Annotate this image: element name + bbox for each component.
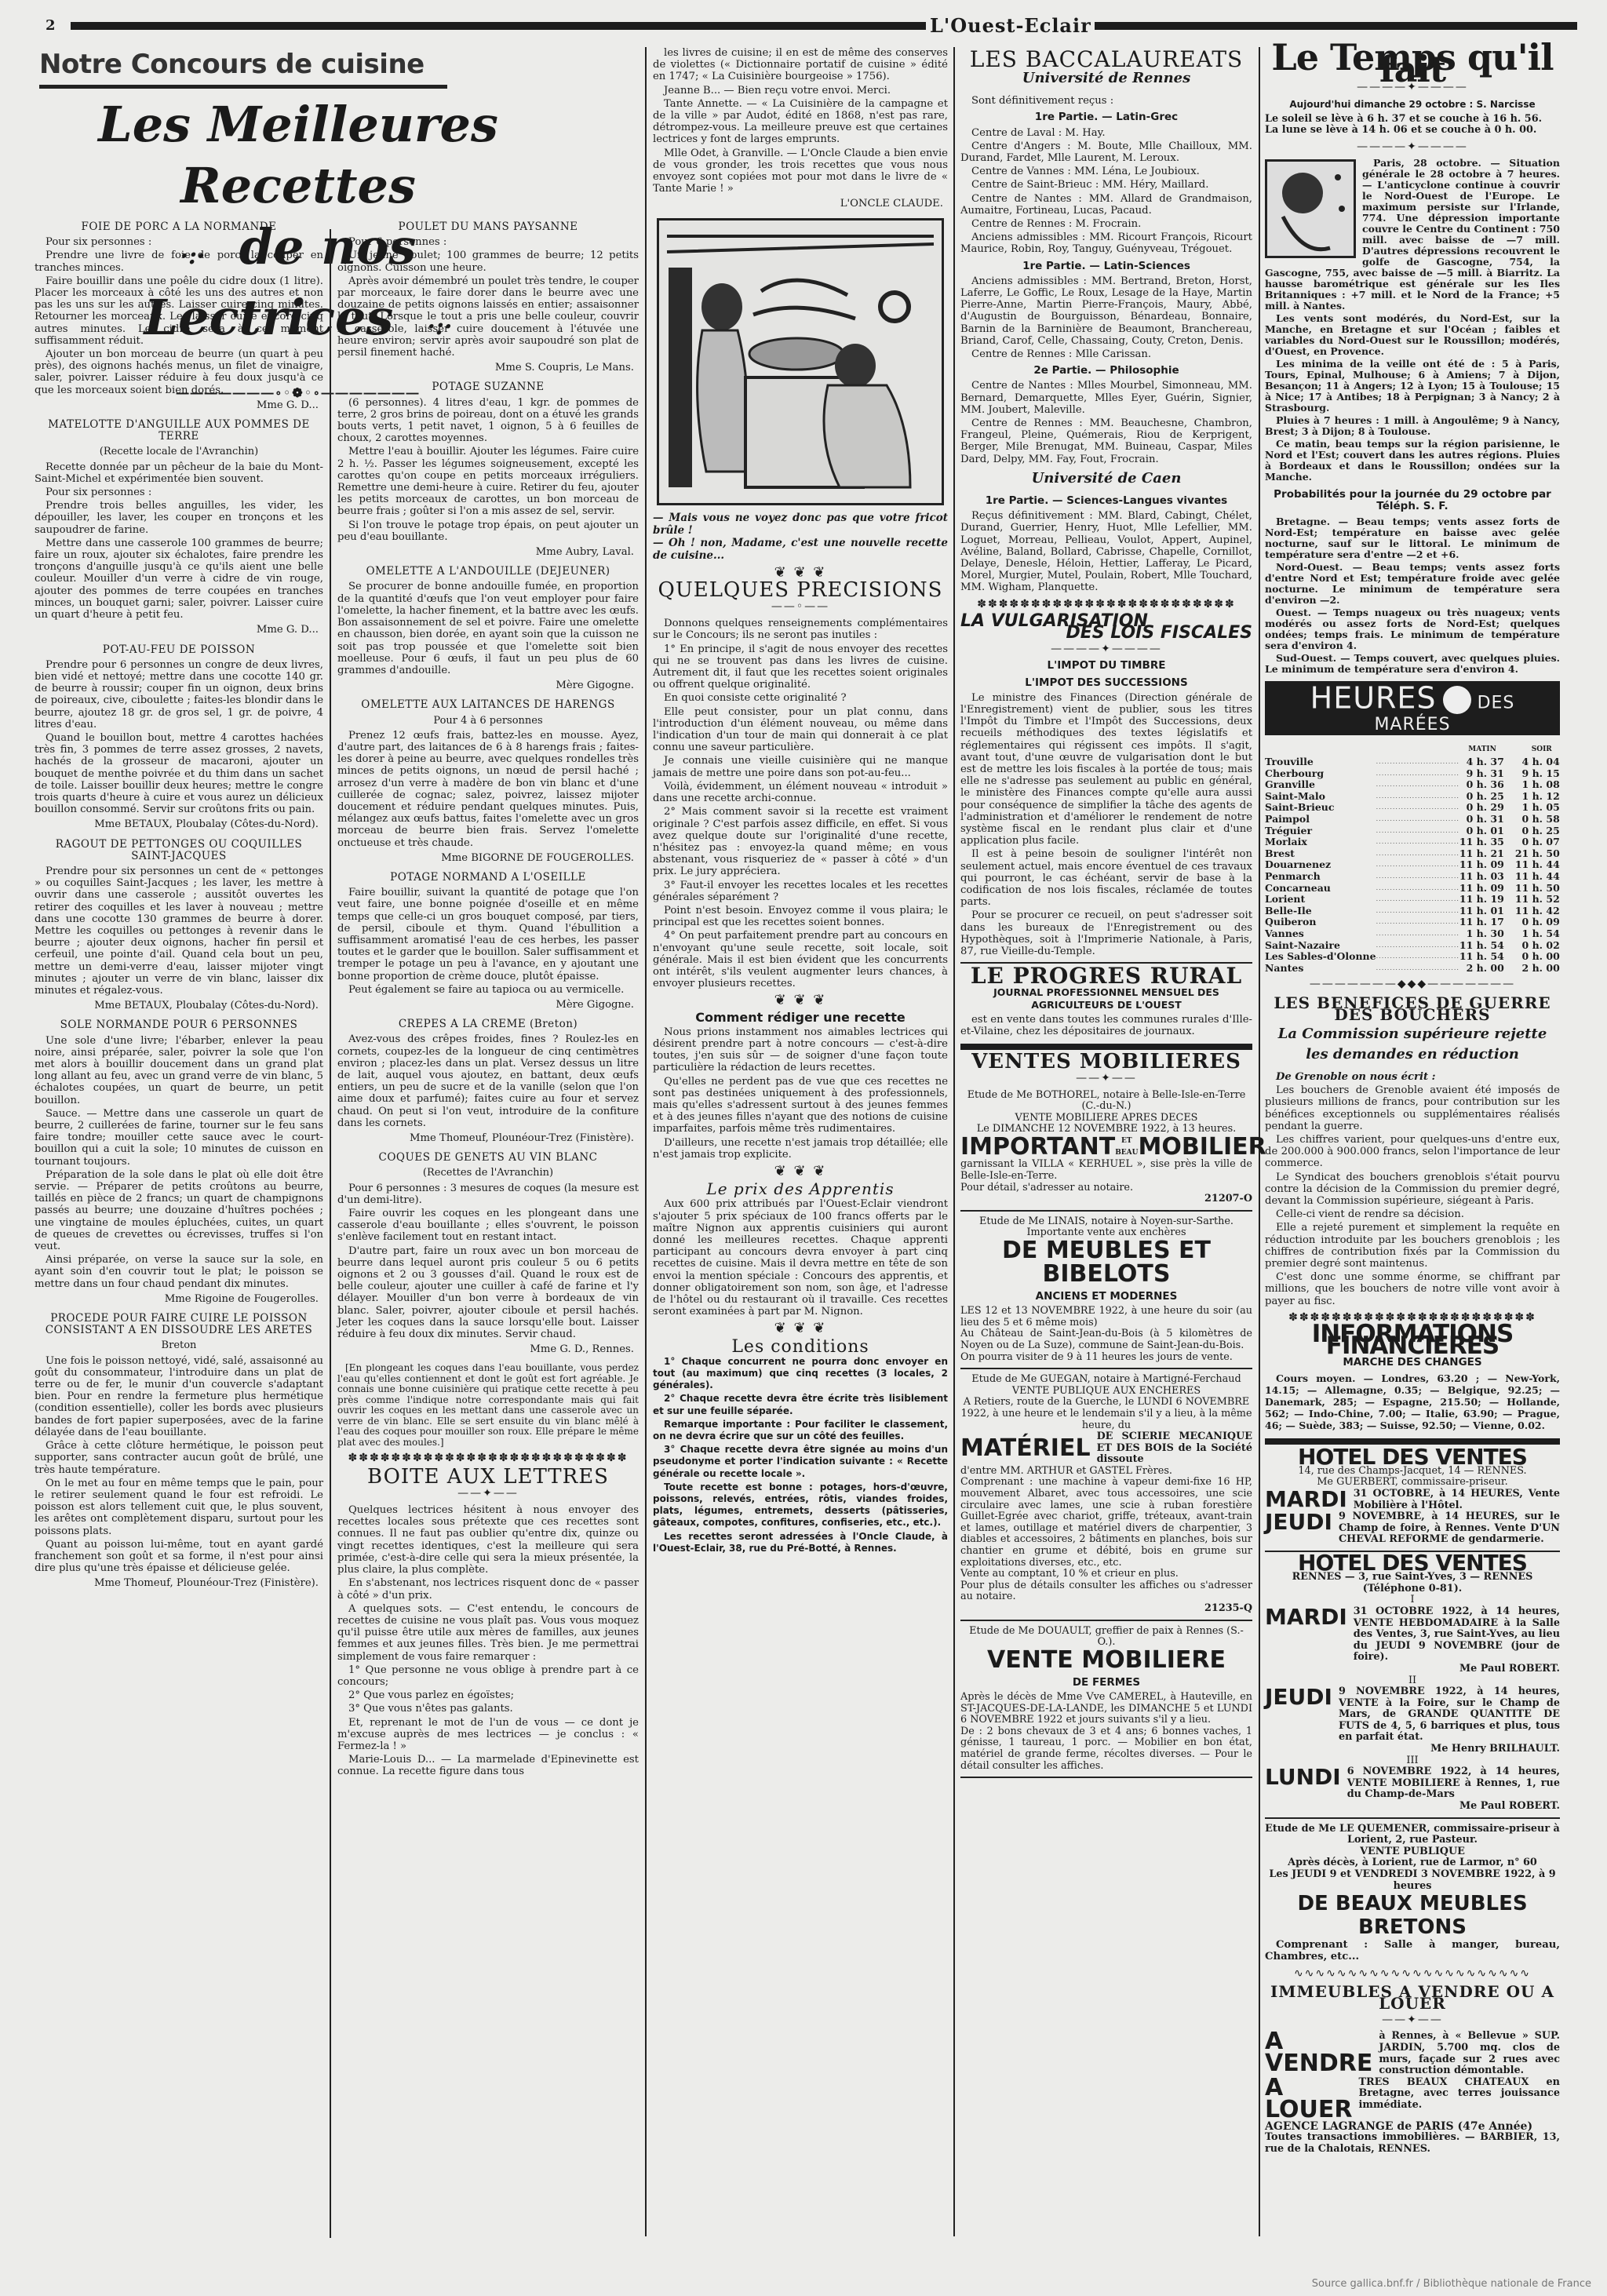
masthead: L'Ouest-Eclair [930,14,1091,37]
headline-side: DE SCIERIE MECANIQUE ET DES BOIS de la S… [1097,1431,1252,1466]
tide-port: Saint-Brieuc [1265,802,1376,814]
sale-day: MARDI [1265,1606,1347,1628]
tide-row: Belle-Ile..............................1… [1265,906,1571,917]
divider [1265,1817,1560,1819]
tide-matin: 4 h. 37 [1459,756,1515,768]
mailbox-title: BOITE AUX LETTRES [337,1471,639,1483]
th-matin: MATIN [1459,743,1515,756]
sale-signature: Me Henry BRILHAULT. [1265,1744,1560,1755]
date-line: Aujourd'hui dimanche 29 octobre : S. Nar… [1265,99,1560,111]
recipe-title: OMELETTE AUX LAITANCES DE HARENGS [337,699,639,711]
tide-matin: 11 h. 17 [1459,917,1515,928]
ad-line: De : 2 bons chevaux de 3 et 4 ans; 6 bon… [960,1726,1252,1772]
forecast-line: Bretagne. — Beau temps; vents assez fort… [1265,516,1560,560]
wavy-divider: ∿∿∿∿∿∿∿∿∿∿∿∿∿∿∿∿∿∿∿∿∿∿ [1265,1968,1560,1980]
paragraph: Centre de Vannes : MM. Léna, Le Joubioux… [960,166,1252,177]
fiscal-subtitle: L'IMPOT DES SUCCESSIONS [960,677,1252,689]
column-1-recipes: FOIE DE PORC A LA NORMANDEPour six perso… [35,213,323,1598]
bouchers-subtitle: La Commission supérieure rejette les dem… [1265,1024,1560,1065]
paragraph: Grâce à cette clôture hermétique, le poi… [35,1440,323,1476]
leader-dots: .............................. [1376,906,1459,917]
paragraph: Pluies à 7 heures : 1 mill. à Angoulême;… [1265,415,1560,437]
paragraph: (6 personnes). 4 litres d'eau, 1 kgr. de… [337,397,639,445]
paragraph: Jeanne B... — Bien reçu votre envoi. Mer… [653,85,948,97]
paragraph: Voilà, évidemment, un élément nouveau « … [653,781,948,804]
recipe-signature: Mme BETAUX, Ploubalay (Côtes-du-Nord). [35,818,319,830]
editor-note: [En plongeant les coques dans l'eau boui… [337,1363,639,1448]
th-dots [1376,743,1459,756]
tide-soir: 1 h. 05 [1515,802,1571,814]
sale-ad: Etude de Me LINAIS, notaire à Noyen-sur-… [960,1216,1252,1363]
kitchen-cartoon-icon [659,220,942,503]
paragraph: Sont définitivement reçus : [960,95,1252,107]
paragraph: Reçus définitivement : MM. Blard, Cabing… [960,510,1252,593]
finance-title: INFORMATIONS FINANCIERES [1265,1328,1560,1352]
ad-line: garnissant la VILLA « KERHUEL », sise pr… [960,1159,1252,1182]
hotel-address: RENNES — 3, rue Saint-Yves, 3 — RENNES [1265,1572,1560,1584]
property-text: à Rennes, à « Bellevue » SUP. JARDIN, 5.… [1379,2031,1560,2076]
recipe-title: CREPES A LA CREME (Breton) [337,1019,639,1030]
tide-soir: 0 h. 00 [1515,951,1571,963]
recipe-signature: Mme BIGORNE DE FOUGEROLLES. [337,852,634,864]
sale-ad: Etude de Me GUEGAN, notaire à Martigné-F… [960,1374,1252,1614]
ad-line: Etude de Me DOUAULT, greffier de paix à … [960,1626,1252,1649]
hotel-address: 14, rue des Champs-Jacquet, 14 — RENNES. [1265,1466,1560,1478]
ad-line: Etude de Me GUEGAN, notaire à Martigné-F… [960,1374,1252,1386]
paragraph: Qu'elles ne perdent pas de vue que ces r… [653,1076,948,1135]
recipe-title: POTAGE NORMAND A L'OSEILLE [337,872,639,884]
recipe-subtitle: Pour 4 à 6 personnes [337,715,639,727]
tide-soir: 11 h. 52 [1515,894,1571,906]
paragraph: Quelques lectrices hésitent à nous envoy… [337,1504,639,1576]
paragraph: Recette donnée par un pêcheur de la baie… [35,461,323,485]
ornament-divider: ❦ ❦ ❦ [653,1322,948,1334]
paragraph: Celle-ci vient de rendre sa décision. [1265,1208,1560,1220]
tide-matin: 0 h. 01 [1459,825,1515,837]
ornament-divider: ———————◆◆◆——————— [1265,979,1560,990]
tide-row: Saint-Brieuc............................… [1265,802,1571,814]
paragraph: 3° Chaque recette devra être signée au m… [653,1444,948,1480]
paragraph: Ce matin, beau temps sur la région paris… [1265,439,1560,483]
tide-row: Morlaix..............................11 … [1265,836,1571,848]
tide-matin: 0 h. 25 [1459,791,1515,803]
tide-row: Granville..............................0… [1265,779,1571,791]
headline: MATÉRIEL [960,1437,1091,1460]
recipe-signature: Mme Aubry, Laval. [337,546,634,558]
weather-illustration [1265,159,1356,258]
headline-left: IMPORTANT [960,1135,1115,1159]
recipe-signature: Mme Thomeuf, Plounéour-Trez (Finistère). [35,1577,319,1589]
paragraph: Si l'on trouve le potage trop épais, on … [337,519,639,543]
ad-line: VENTE MOBILIERE APRES DECES [960,1113,1252,1124]
recipe-signature: Mme Thomeuf, Plounéour-Trez (Finistère). [337,1132,634,1144]
ventes-title: VENTES MOBILIERES [960,1056,1252,1068]
top-rule [39,20,1577,31]
subsection-heading: 2e Partie. — Philosophie [960,365,1252,377]
paragraph: Mettre l'eau à bouillir. Ajouter les lég… [337,446,639,517]
sale-text: 9 NOVEMBRE 1922, à 14 heures, VENTE à la… [1339,1686,1560,1744]
paragraph: Tante Annette. — « La Cuisinière de la c… [653,98,948,146]
ad-line: d'entre MM. ARTHUR et GASTEL Frères. [960,1466,1252,1478]
recipe-title: POT-AU-FEU DE POISSON [35,644,323,656]
tide-port: Douarnenez [1265,859,1376,871]
tide-port: Penmarch [1265,871,1376,883]
lorient-headline: DE BEAUX MEUBLES BRETONS [1265,1892,1560,1939]
tide-row: Penmarch..............................11… [1265,871,1571,883]
paragraph: Anciens admissibles : MM. Bertrand, Bret… [960,275,1252,347]
leader-dots: .............................. [1376,756,1459,768]
leader-dots: .............................. [1376,883,1459,895]
ad-line: Vente au comptant, 10 % et crieur en plu… [960,1569,1252,1580]
paragraph: Remarque importante : Pour faciliter le … [653,1419,948,1442]
tide-matin: 0 h. 36 [1459,779,1515,791]
recipe-subtitle: Breton [35,1339,323,1351]
finance-text: Cours moyen. — Londres, 63.20 ; — New-Yo… [1265,1372,1560,1432]
tide-soir: 0 h. 09 [1515,917,1571,928]
paragraph: Pour six personnes : [35,487,323,498]
paragraph: Faire bouillir dans une poêle du cidre d… [35,275,323,347]
tide-matin: 11 h. 54 [1459,940,1515,952]
paragraph: Peut également se faire au tapioca ou au… [337,984,639,996]
sale-text: 31 OCTOBRE 1922, à 14 heures, VENTE HEBD… [1354,1606,1560,1664]
ad-line: Etude de Me LINAIS, notaire à Noyen-sur-… [960,1216,1252,1228]
tide-soir: 9 h. 15 [1515,768,1571,780]
tide-soir: 21 h. 50 [1515,848,1571,860]
th-soir: SOIR [1515,743,1571,756]
paragraph: 4° On peut parfaitement prendre part au … [653,930,948,989]
tide-matin: 1 h. 30 [1459,928,1515,940]
paragraph: Prendre trois belles anguilles, les vide… [35,500,323,536]
section-label: Notre Concours de cuisine [39,49,447,89]
paragraph: Mlle Odet, à Granville. — L'Oncle Claude… [653,148,948,195]
paragraph: Quant au poisson lui-même, tout en ayant… [35,1539,323,1575]
ornament-divider: ❦ ❦ ❦ [653,567,948,578]
sale-signature: Me Paul ROBERT. [1265,1664,1560,1675]
tide-matin: 0 h. 31 [1459,814,1515,825]
ad-ref: 21235-Q [960,1603,1252,1615]
paragraph: Marie-Louis D... — La marmelade d'Epinev… [337,1754,639,1777]
divider [960,1210,1252,1212]
tide-port: Nantes [1265,963,1376,975]
ornament-divider: ————✦———— [960,643,1252,655]
leader-dots: .............................. [1376,963,1459,975]
ornament-divider: ——✦—— [1265,2014,1560,2026]
tides-header: MATINSOIR [1265,743,1571,756]
divider [960,1777,1252,1778]
ad-line: Après décès, à Lorient, rue de Larmor, n… [1265,1857,1560,1869]
paragraph: Centre de Nantes : Mlles Mourbel, Simonn… [960,380,1252,416]
ornament-divider: ❦ ❦ ❦ [653,1165,948,1177]
subsection-heading: 1re Partie. — Latin-Grec [960,111,1252,123]
section-title: LES BACCALAUREATS [960,53,1252,65]
paragraph: Faire bouillir, suivant la quantité de p… [337,887,639,982]
subsection-heading: 1re Partie. — Latin-Sciences [960,261,1252,272]
recipe-subtitle: (Recettes de l'Avranchin) [337,1167,639,1179]
paragraph: 3° Faut-il envoyer les recettes locales … [653,880,948,903]
paragraph: Centre de Saint-Brieuc : MM. Héry, Maill… [960,179,1252,191]
tide-soir: 1 h. 08 [1515,779,1571,791]
tide-soir: 11 h. 44 [1515,871,1571,883]
star-divider: ✽✽✽✽✽✽✽✽✽✽✽✽✽✽✽✽✽✽✽✽✽✽✽✽ [960,599,1252,610]
agency-text: Toutes transactions immobilières. — BARB… [1265,2132,1560,2155]
leader-dots: .............................. [1376,791,1459,803]
tide-soir: 0 h. 07 [1515,836,1571,848]
leader-dots: .............................. [1376,779,1459,791]
ad-line: VENTE PUBLIQUE AUX ENCHERES [960,1386,1252,1398]
tide-row: Trouville..............................4… [1265,756,1571,768]
column-rule [953,47,955,2236]
paragraph: Point n'est besoin. Envoyez comme il vou… [653,905,948,928]
tide-soir: 0 h. 25 [1515,825,1571,837]
tide-soir: 11 h. 44 [1515,859,1571,871]
tide-soir: 2 h. 00 [1515,963,1571,975]
fiscal-subtitle: L'IMPOT DU TIMBRE [960,660,1252,672]
sun-line: Le soleil se lève à 6 h. 37 et se couche… [1265,114,1560,126]
tide-port: Tréguier [1265,825,1376,837]
recipe-signature: Mme BETAUX, Ploubalay (Côtes-du-Nord). [35,1000,319,1011]
recipe-subtitle: (Recette locale de l'Avranchin) [35,446,323,457]
paragraph: A quelques sots. — C'est entendu, le con… [337,1603,639,1663]
tide-port: Quiberon [1265,917,1376,928]
tide-row: Concarneau..............................… [1265,883,1571,895]
paragraph: Une sole d'une livre; l'ébarber, enlever… [35,1035,323,1106]
paragraph: les livres de cuisine; il en est de même… [653,47,948,83]
recipe-signature: Mme Rigoine de Fougerolles. [35,1293,319,1305]
signature: L'ONCLE CLAUDE. [653,198,943,210]
paragraph: Prendre pour 6 personnes un congre de de… [35,659,323,731]
tide-matin: 11 h. 03 [1459,871,1515,883]
paragraph: Mettre dans une casserole 100 grammes de… [35,538,323,621]
sale-entry: JEUDI9 NOVEMBRE 1922, à 14 heures, VENTE… [1265,1686,1560,1744]
paragraph: Les vents sont modérés, du Nord-Est, sur… [1265,313,1560,357]
ornament-divider: ❦ ❦ ❦ [653,994,948,1006]
tide-row: Paimpol..............................0 h… [1265,814,1571,825]
sale-signature: Me Paul ROBERT. [1265,1801,1560,1813]
weather-body: Paris, 28 octobre. — Situation générale … [1265,158,1560,484]
ad-line: Après le décès de Mme Vve CAMEREL, à Hau… [960,1692,1252,1726]
paragraph: Elle a rejeté purement et simplement la … [1265,1222,1560,1270]
cartoon-illustration [657,218,944,505]
property-label: A LOUER [1265,2077,1353,2121]
divider [960,1620,1252,1621]
tide-matin: 11 h. 21 [1459,848,1515,860]
paragraph: Le Syndicat des bouchers grenoblois s'ét… [1265,1172,1560,1208]
leader-dots: .............................. [1376,802,1459,814]
column-rule [645,47,647,2236]
sale-ad: Etude de Me DOUAULT, greffier de paix à … [960,1626,1252,1773]
forecast-line: Sud-Ouest. — Temps couvert, avec quelque… [1265,653,1560,675]
sale-text: 6 NOVEMBRE 1922, à 14 heures, VENTE MOBI… [1347,1766,1560,1801]
leader-dots: .............................. [1376,768,1459,780]
paragraph: 2° Que vous parlez en égoïstes; [337,1689,639,1701]
paragraph: Il est à peine besoin de souligner l'int… [960,848,1252,908]
paragraph: Centre de Nantes : MM. Allard de Grandma… [960,193,1252,217]
recipe-signature: Mme G. D... [35,399,319,411]
paragraph: Aux 600 prix attribués par l'Ouest-Eclai… [653,1198,948,1317]
column-5-weather-ads: Le Temps qu'il fait————✦————Aujourd'hui … [1265,47,1560,2156]
sale-entry: MARDI31 OCTOBRE 1922, à 14 heures, VENTE… [1265,1606,1560,1664]
ornament-divider: ——✦—— [960,1073,1252,1084]
tide-port: Brest [1265,848,1376,860]
column-2-recipes: POULET DU MANS PAYSANNEPour 6 personnes … [337,213,639,1780]
paragraph: Les recettes seront adressées à l'Oncle … [653,1531,948,1554]
paragraph: Centre d'Angers : M. Boute, Mlle Chaillo… [960,140,1252,164]
paragraph: Les minima de la veille ont été de : 5 à… [1265,359,1560,414]
leader-dots: .............................. [1376,917,1459,928]
paragraph: Après avoir démembré un poulet très tend… [337,275,639,359]
forecast-line: Ouest. — Temps nuageux ou très nuageux; … [1265,607,1560,651]
paragraph: 1° Chaque concurrent ne pourra donc envo… [653,1356,948,1392]
tide-port: Trouville [1265,756,1376,768]
recipe-title: FOIE DE PORC A LA NORMANDE [35,221,323,233]
university-name: Université de Caen [960,468,1252,489]
tide-port: Saint-Nazaire [1265,940,1376,952]
setting-sun-icon [1443,686,1471,714]
paragraph: En s'abstenant, nos lectrices risquent d… [337,1577,639,1601]
tide-matin: 11 h. 54 [1459,951,1515,963]
tide-row: Les Sables-d'Olonne.....................… [1265,951,1571,963]
paragraph: D'autre part, faire un roux avec un bon … [337,1245,639,1341]
paragraph: Comprenant : Salle à manger, bureau, Cha… [1265,1939,1560,1963]
paragraph: Pour six personnes : [35,236,323,248]
recipe-title: PROCEDE POUR FAIRE CUIRE LE POISSON CONS… [35,1313,323,1336]
property-entry: A LOUERTRES BEAUX CHATEAUX en Bretagne, … [1265,2077,1560,2121]
tide-row: Cherbourg..............................9… [1265,768,1571,780]
subsection-heading: 1re Partie. — Sciences-Langues vivantes [960,495,1252,507]
tide-soir: 1 h. 12 [1515,791,1571,803]
tide-soir: 11 h. 50 [1515,883,1571,895]
headline: VENTE MOBILIERE [960,1649,1252,1672]
tide-matin: 11 h. 01 [1459,906,1515,917]
forecast-title: Probabilités pour la journée du 29 octob… [1265,489,1560,512]
headline-mid: ET BEAU [1115,1135,1138,1159]
paragraph: Sauce. — Mettre dans une casserole un qu… [35,1108,323,1168]
dateline: De Grenoble on nous écrit : [1265,1071,1560,1083]
tide-row: Douarnenez..............................… [1265,859,1571,871]
ornament-divider: ——◦—— [653,601,948,613]
column-3-contest: les livres de cuisine; il en est de même… [653,47,948,1556]
paragraph: Ainsi préparée, on verse la sauce sur la… [35,1254,323,1290]
weather-title: Le Temps qu'il fait [1265,52,1560,75]
moon-line: La lune se lève à 14 h. 06 et se couche … [1265,125,1560,137]
paragraph: Pour 6 personnes : [337,236,639,248]
sale-text: 31 OCTOBRE, à 14 HEURES, Vente Mobilière… [1354,1489,1560,1511]
ad-line: Pour détail, s'adresser au notaire. [960,1183,1252,1194]
recipe-title: POULET DU MANS PAYSANNE [337,221,639,233]
paragraph: Centre de Rennes : Mlle Carissan. [960,348,1252,360]
ad-sub: DE FERMES [960,1677,1252,1689]
tide-matin: 9 h. 31 [1459,768,1515,780]
recipe-title: OMELETTE A L'ANDOUILLE (DEJEUNER) [337,566,639,578]
paragraph: Le ministre des Finances (Direction géné… [960,692,1252,847]
leader-dots: .............................. [1376,814,1459,825]
leader-dots: .............................. [1376,836,1459,848]
tide-port: Vannes [1265,928,1376,940]
sun-face-icon [1267,162,1354,256]
divider [960,1368,1252,1369]
finance-subtitle: MARCHE DES CHANGES [1265,1357,1560,1368]
ad-line: On pourra visiter de 9 à 11 heures les j… [960,1352,1252,1364]
ad-line: Les JEUDI 9 et VENDREDI 3 NOVEMBRE 1922,… [1265,1869,1560,1892]
tide-soir: 11 h. 42 [1515,906,1571,917]
tide-soir: 1 h. 54 [1515,928,1571,940]
paragraph: Quand le bouillon bout, mettre 4 carotte… [35,732,323,815]
ad-sub: ANCIENS ET MODERNES [960,1291,1252,1303]
sale-day: JEUDI [1265,1686,1332,1708]
tide-row: Tréguier..............................0 … [1265,825,1571,837]
sale-entry: MARDI31 OCTOBRE, à 14 HEURES, Vente Mobi… [1265,1489,1560,1511]
sale-day: JEUDI [1265,1511,1332,1533]
leader-dots: .............................. [1376,848,1459,860]
hotel-title: HOTEL DES VENTES [1265,1557,1560,1569]
recipe-title: POTAGE SUZANNE [337,381,639,393]
sale-ad: Etude de Me BOTHOREL, notaire à Belle-Is… [960,1090,1252,1205]
cartoon-caption: — Oh ! non, Madame, c'est une nouvelle r… [653,537,948,562]
tides-table: MATINSOIRTrouville......................… [1265,743,1571,974]
paragraph: Donnons quelques renseignements compléme… [653,618,948,641]
column-rule [330,229,331,2238]
immeubles-title: IMMEUBLES A VENDRE OU A LOUER [1265,1986,1560,2010]
th-port [1265,743,1376,756]
progres-subtitle: JOURNAL PROFESSIONNEL MENSUEL DES AGRICU… [960,986,1252,1010]
tide-port: Saint-Malo [1265,791,1376,803]
tide-port: Belle-Ile [1265,906,1376,917]
ad-line: Pour plus de détails consulter les affic… [960,1580,1252,1603]
contest-banner: Notre Concours de cuisine [39,49,447,89]
tide-port: Les Sables-d'Olonne [1265,951,1376,963]
paragraph: Se procurer de bonne andouille fumée, en… [337,581,639,676]
paragraph: Centre de Rennes : M. Frocrain. [960,218,1252,230]
tide-row: Quiberon..............................11… [1265,917,1571,928]
paragraph: Un jeune poulet; 100 grammes de beurre; … [337,250,639,273]
tide-matin: 11 h. 35 [1459,836,1515,848]
paragraph: Centre de Rennes : MM. Beauchesne, Chamb… [960,417,1252,465]
section-title: Les conditions [653,1341,948,1353]
ad-headline: IMPORTANTET BEAUMOBILIER [960,1135,1252,1159]
ornament-divider: ————✦———— [1265,141,1560,153]
agency-name: AGENCE LAGRANGE de PARIS (47e Année) [1265,2121,1560,2133]
tide-row: Brest..............................11 h.… [1265,848,1571,860]
column-4-news: LES BACCALAUREATSUniversité de RennesSon… [960,47,1252,1783]
ad-line: A Retiers, route de la Guerche, le LUNDI… [960,1397,1252,1431]
sale-entry: LUNDI6 NOVEMBRE 1922, à 14 heures, VENTE… [1265,1766,1560,1801]
paragraph: Nous prions instamment nos aimables lect… [653,1026,948,1074]
paragraph: Une fois le poisson nettoyé, vidé, salé,… [35,1355,323,1438]
tide-soir: 4 h. 04 [1515,756,1571,768]
paragraph: est en vente dans toutes les communes ru… [960,1014,1252,1037]
paragraph: 2° Mais comment savoir si la recette est… [653,806,948,877]
leader-dots: .............................. [1376,951,1459,963]
leader-dots: .............................. [1376,940,1459,952]
source-credit: Source gallica.bnf.fr / Bibliothèque nat… [1312,2278,1591,2290]
ad-line: Comprenant : une machine à vapeur demi-f… [960,1477,1252,1569]
progres-title: LE PROGRES RURAL [960,970,1252,982]
recipe-signature: Mme S. Coupris, Le Mans. [337,362,634,374]
tide-port: Lorient [1265,894,1376,906]
thick-divider [960,1044,1252,1050]
tides-banner: HEURESDES MARÉES [1265,681,1560,735]
page-number: 2 [46,17,56,34]
headline-right: MOBILIER [1138,1135,1266,1159]
recipe-signature: Mère Gigogne. [337,999,634,1011]
section-title: Comment rédiger une recette [653,1011,948,1023]
ad-line: LES 12 et 13 NOVEMBRE 1922, à une heure … [960,1306,1252,1328]
paragraph: D'ailleurs, une recette n'est jamais tro… [653,1137,948,1161]
tides-banner-left: HEURES [1310,680,1437,715]
paragraph: Prendre pour six personnes un cent de « … [35,866,323,997]
paragraph: 1° Que personne ne vous oblige à prendre… [337,1664,639,1688]
paragraph: Avez-vous des crêpes froides, fines ? Ro… [337,1033,639,1129]
